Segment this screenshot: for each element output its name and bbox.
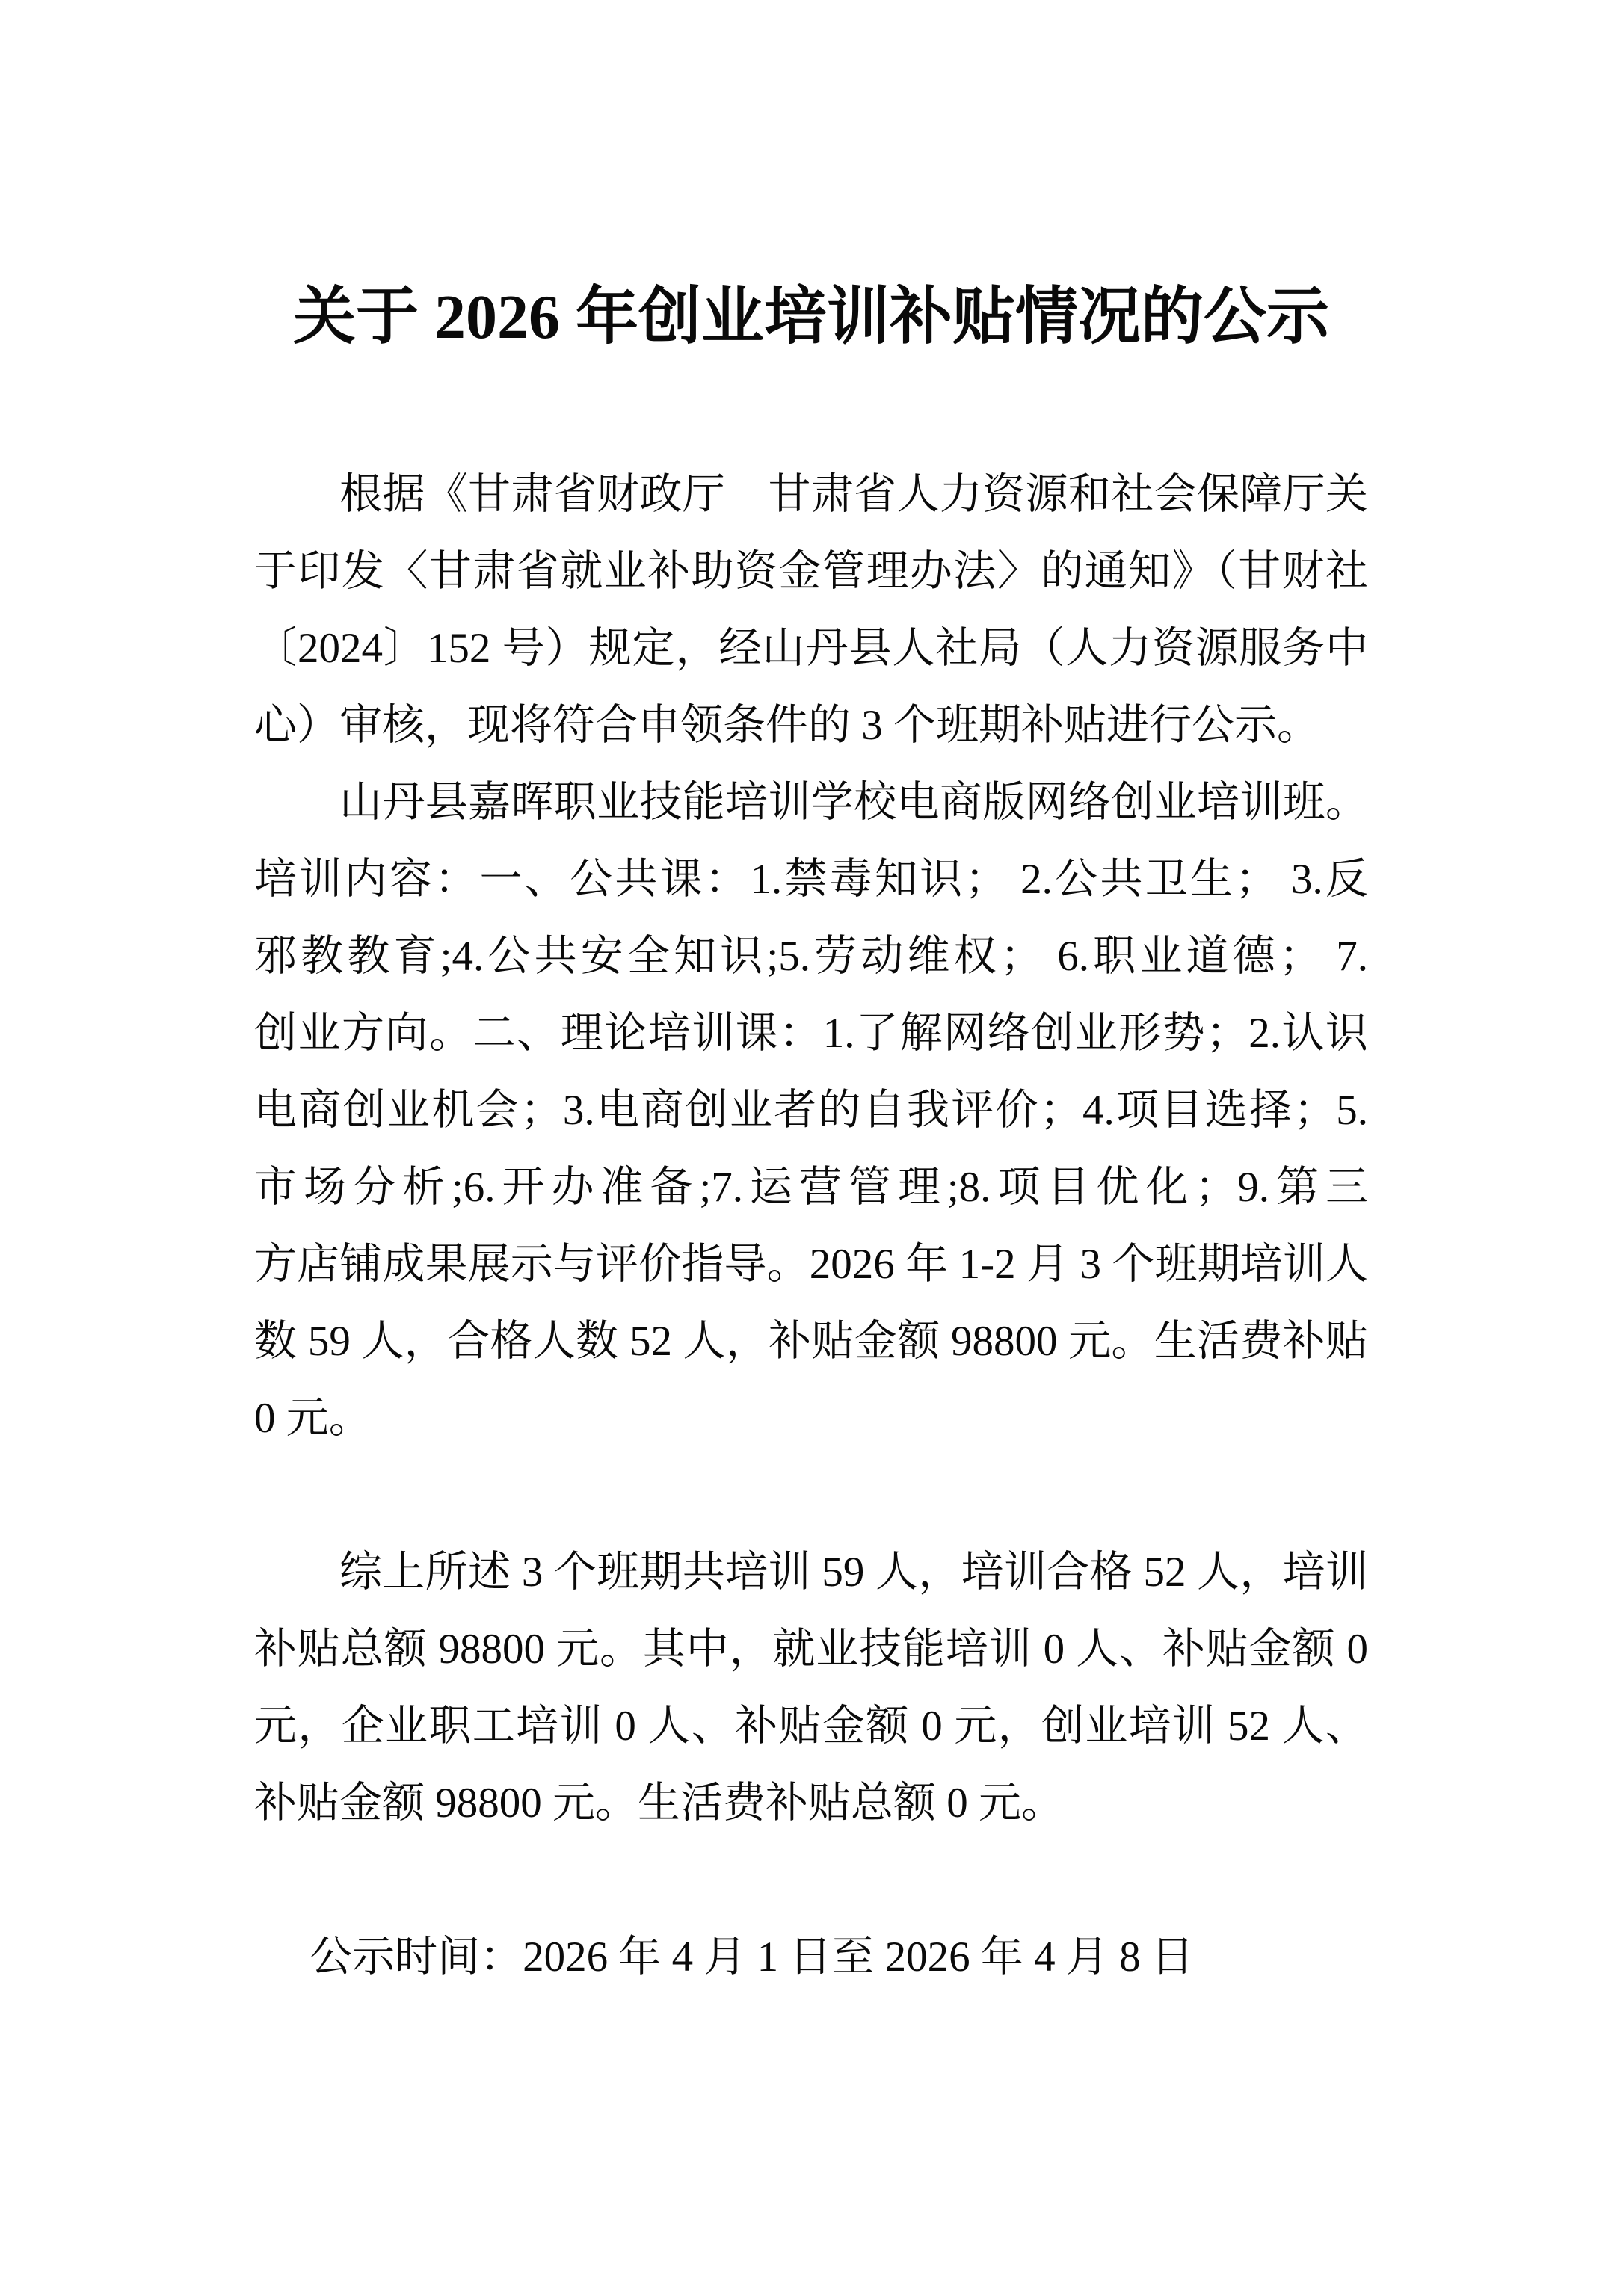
text-line: 方店铺成果展示与评价指导。2026 年 1-2 月 3 个班期培训人 — [254, 1226, 1368, 1303]
document-title: 关于 2026 年创业培训补贴情况的公示 — [254, 278, 1368, 357]
text-line: 市场分析;6.开办准备;7.运营管理;8.项目优化；9.第三 — [254, 1149, 1368, 1226]
text-line: 培训内容：一、公共课：1.禁毒知识； 2.公共卫生； 3.反 — [254, 841, 1368, 918]
text-line: 公示时间：2026 年 4 月 1 日至 2026 年 4 月 8 日 — [254, 1919, 1368, 1996]
text-line: 数 59 人，合格人数 52 人，补贴金额 98800 元。生活费补贴 — [254, 1303, 1368, 1380]
text-line: 综上所述 3 个班期共培训 59 人，培训合格 52 人，培训 — [254, 1534, 1368, 1611]
text-line: 0 元。 — [254, 1380, 1368, 1457]
paragraph: 根据《甘肃省财政厅 甘肃省人力资源和社会保障厅关于印发〈甘肃省就业补助资金管理办… — [254, 456, 1368, 764]
document-body: 根据《甘肃省财政厅 甘肃省人力资源和社会保障厅关于印发〈甘肃省就业补助资金管理办… — [254, 456, 1368, 1996]
text-line: 补贴金额 98800 元。生活费补贴总额 0 元。 — [254, 1765, 1368, 1842]
document-content: 关于 2026 年创业培训补贴情况的公示 根据《甘肃省财政厅 甘肃省人力资源和社… — [254, 0, 1368, 1996]
text-line: 根据《甘肃省财政厅 甘肃省人力资源和社会保障厅关 — [254, 456, 1368, 533]
text-line: 元，企业职工培训 0 人、补贴金额 0 元，创业培训 52 人、 — [254, 1688, 1368, 1765]
text-line: 〔2024〕152 号）规定，经山丹县人社局（人力资源服务中 — [254, 610, 1368, 687]
text-line: 于印发〈甘肃省就业补助资金管理办法〉的通知》（甘财社 — [254, 533, 1368, 610]
paragraph: 综上所述 3 个班期共培训 59 人，培训合格 52 人，培训补贴总额 9880… — [254, 1534, 1368, 1842]
text-line: 邪教教育;4.公共安全知识;5.劳动维权； 6.职业道德； 7. — [254, 918, 1368, 995]
document-page: 关于 2026 年创业培训补贴情况的公示 根据《甘肃省财政厅 甘肃省人力资源和社… — [0, 0, 1623, 2296]
text-line: 创业方向。二、理论培训课：1.了解网络创业形势；2.认识 — [254, 995, 1368, 1072]
text-line: 电商创业机会；3.电商创业者的自我评价；4.项目选择；5. — [254, 1072, 1368, 1149]
text-line: 心）审核，现将符合申领条件的 3 个班期补贴进行公示。 — [254, 687, 1368, 764]
paragraph: 山丹县嘉晖职业技能培训学校电商版网络创业培训班。培训内容：一、公共课：1.禁毒知… — [254, 764, 1368, 1457]
paragraph: 公示时间：2026 年 4 月 1 日至 2026 年 4 月 8 日 — [254, 1919, 1368, 1996]
text-line: 山丹县嘉晖职业技能培训学校电商版网络创业培训班。 — [254, 764, 1368, 841]
text-line: 补贴总额 98800 元。其中，就业技能培训 0 人、补贴金额 0 — [254, 1611, 1368, 1688]
